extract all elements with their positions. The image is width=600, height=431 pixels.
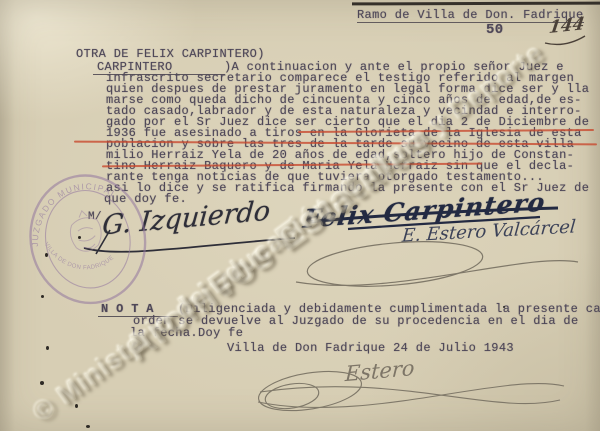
paper-speck [41,295,44,298]
paper-speck [40,381,44,385]
paper-speck [75,404,78,408]
scan-edge-line [352,2,600,5]
nota-date-line: Villa de Don Fadrique 24 de Julio 1943 [227,342,514,354]
paper-speck [45,253,48,257]
secretary-rubric-flourish [290,236,585,298]
paper-speck [503,306,505,308]
paper-speck [78,236,81,239]
folio-underline-flourish [543,34,589,48]
stamp-crest [66,208,105,254]
folio-number-typed: 50 [486,24,504,36]
margin-heading: OTRA DE FELIX CARPINTERO) [76,48,265,60]
municipal-stamp: JUZGADO MUNICIPAL VILLA DE DON FADRIQUE [14,166,164,314]
nota-signature-flourish [248,364,570,422]
paper-speck [86,425,90,428]
paper-speck [46,346,49,350]
scanned-document-page: Ramo de Villa de Don. Fadrique 50 144 OT… [0,0,600,431]
nota-line: la fecha.Doy fe [130,327,243,339]
